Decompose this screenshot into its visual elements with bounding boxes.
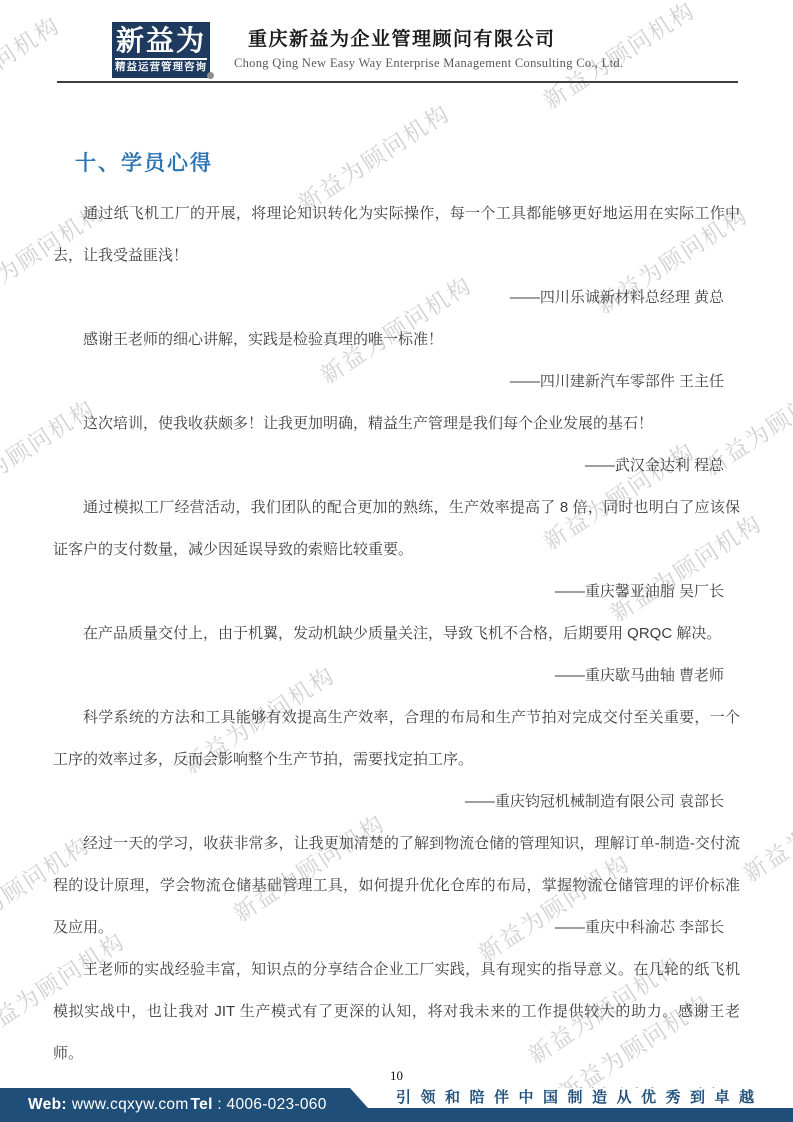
company-logo: 新益为 精益运营管理咨询 (112, 22, 210, 78)
document-body: 十、学员心得 通过纸飞机工厂的开展，将理论知识转化为实际操作，每一个工具都能够更… (0, 149, 793, 1117)
testimonial-attribution: ——重庆中科渝芯 李部长 (53, 907, 740, 949)
testimonial-quote: 感谢王老师的细心讲解，实践是检验真理的唯一标准！ (53, 319, 740, 361)
logo-tagline: 精益运营管理咨询 (115, 58, 207, 75)
company-name-block: 重庆新益为企业管理顾问有限公司 Chong Qing New Easy Way … (234, 22, 623, 71)
testimonial: 通过模拟工厂经营活动，我们团队的配合更加的熟练，生产效率提高了 8 倍，同时也明… (53, 487, 740, 613)
tel-label: Tel (191, 1096, 213, 1113)
testimonial: 通过纸飞机工厂的开展，将理论知识转化为实际操作，每一个工具都能够更好地运用在实际… (53, 193, 740, 319)
footer-slogan-ribbon: 引领和陪伴中国制造从优秀到卓越 (350, 1088, 793, 1108)
testimonial-attribution: ——重庆馨亚油脂 吴厂长 (53, 571, 740, 613)
page-header: 新益为 精益运营管理咨询 重庆新益为企业管理顾问有限公司 Chong Qing … (0, 0, 793, 78)
testimonial: 科学系统的方法和工具能够有效提高生产效率，合理的布局和生产节拍对完成交付至关重要… (53, 697, 740, 823)
testimonial-quote: 通过模拟工厂经营活动，我们团队的配合更加的熟练，生产效率提高了 8 倍，同时也明… (53, 487, 740, 571)
testimonial-attribution: ——重庆歇马曲轴 曹老师 (53, 655, 740, 697)
document-page: 新益为顾问机构 新益为顾问机构 新益为顾问机构 新益为顾问机构 新益为顾问机构 … (0, 0, 793, 1122)
testimonial-attribution: ——四川乐诚新材料总经理 黄总 (53, 277, 740, 319)
logo-wordmark: 新益为 (115, 24, 207, 58)
testimonial-quote: 在产品质量交付上，由于机翼，发动机缺少质量关注，导致飞机不合格，后期要用 QRQ… (53, 613, 740, 655)
section-title: 十、学员心得 (75, 149, 740, 179)
testimonial-quote: 这次培训，使我收获颇多！让我更加明确，精益生产管理是我们每个企业发展的基石！ (53, 403, 740, 445)
footer-contact: Web:www.cqxyw.comTel : 4006-023-060 (28, 1096, 327, 1114)
testimonial-quote: 王老师的实战经验丰富，知识点的分享结合企业工厂实践，具有现实的指导意义。在几轮的… (53, 949, 740, 1075)
web-url: www.cqxyw.com (72, 1096, 189, 1113)
header-divider (57, 81, 738, 83)
testimonial: 这次培训，使我收获颇多！让我更加明确，精益生产管理是我们每个企业发展的基石！ —… (53, 403, 740, 487)
web-label: Web: (28, 1096, 67, 1113)
testimonial-quote: 科学系统的方法和工具能够有效提高生产效率，合理的布局和生产节拍对完成交付至关重要… (53, 697, 740, 781)
testimonial-quote: 通过纸飞机工厂的开展，将理论知识转化为实际操作，每一个工具都能够更好地运用在实际… (53, 193, 740, 277)
logo-dot-icon (207, 72, 214, 79)
tel-number: : 4006-023-060 (217, 1096, 326, 1113)
testimonial-attribution: ——武汉金达利 程总 (53, 445, 740, 487)
testimonial: 在产品质量交付上，由于机翼，发动机缺少质量关注，导致飞机不合格，后期要用 QRQ… (53, 613, 740, 697)
testimonial-attribution: ——重庆钧冠机械制造有限公司 袁部长 (53, 781, 740, 823)
company-name-cn: 重庆新益为企业管理顾问有限公司 (248, 28, 623, 52)
testimonial-attribution: ——四川建新汽车零部件 王主任 (53, 361, 740, 403)
company-name-en: Chong Qing New Easy Way Enterprise Manag… (234, 55, 623, 71)
footer-slogan: 引领和陪伴中国制造从优秀到卓越 (350, 1088, 793, 1108)
page-number: 10 (0, 1068, 793, 1084)
testimonial: 感谢王老师的细心讲解，实践是检验真理的唯一标准！ ——四川建新汽车零部件 王主任 (53, 319, 740, 403)
testimonial: 经过一天的学习，收获非常多，让我更加清楚的了解到物流仓储的管理知识，理解订单-制… (53, 823, 740, 949)
